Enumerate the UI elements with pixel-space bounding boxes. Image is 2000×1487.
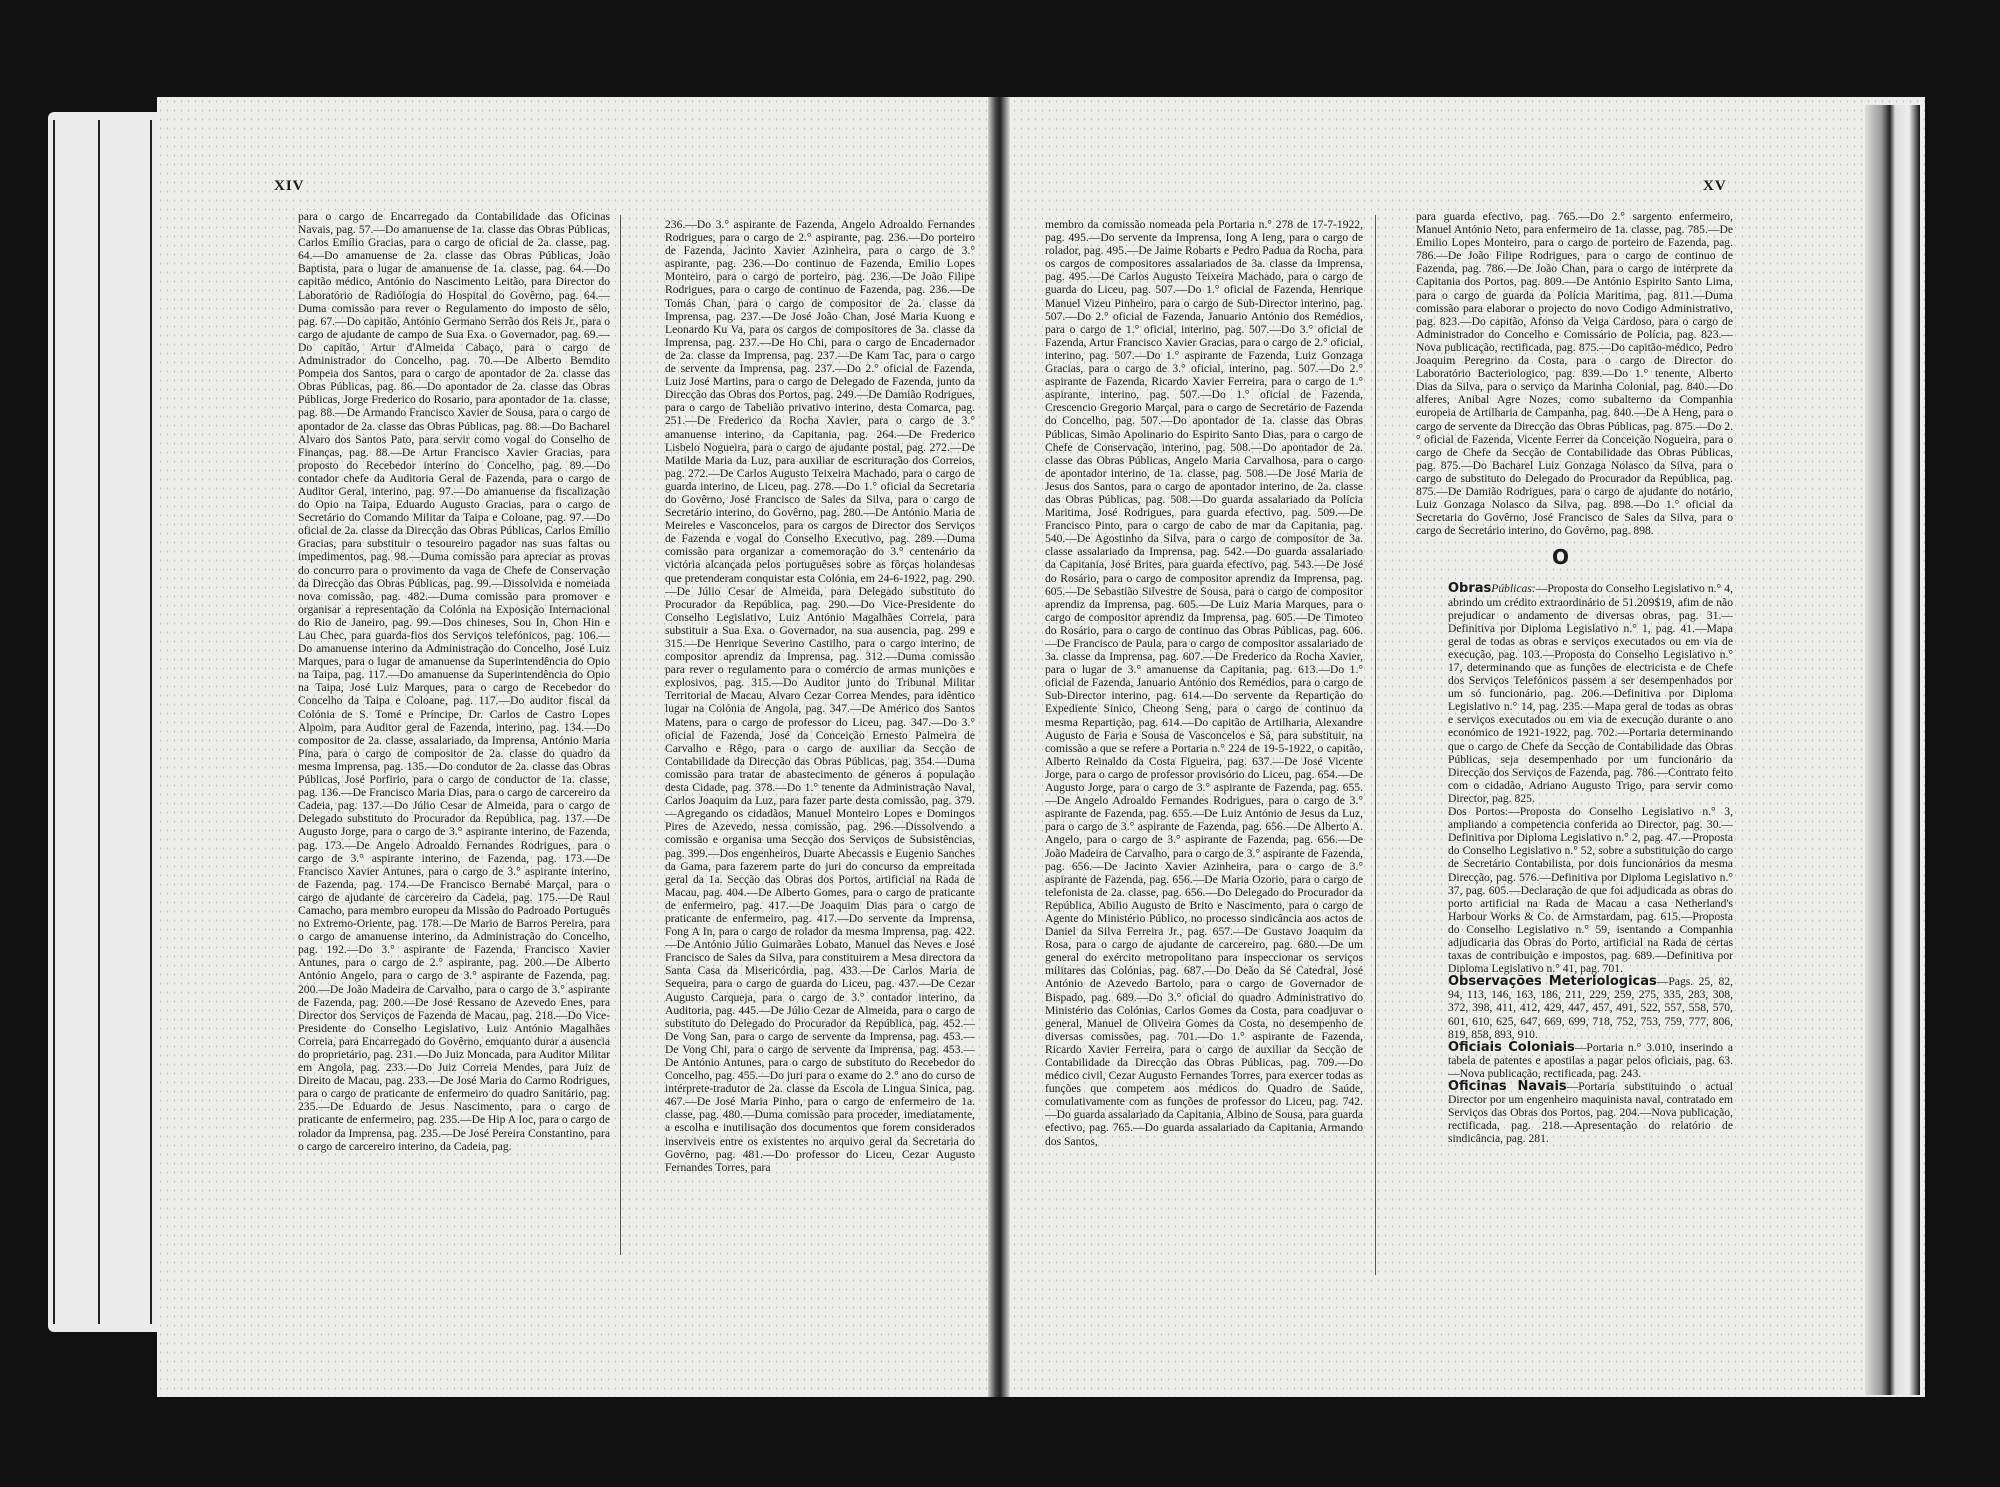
entry-heading: Obras: [1448, 581, 1491, 596]
book-gutter: [988, 97, 1010, 1397]
index-entry-observacoes-meteriologicas: Observações Meteriologicas—Pags. 25, 82,…: [1388, 975, 1733, 1040]
left-page-column-2: 236.—Do 3.° aspirante de Fazenda, Angelo…: [665, 218, 975, 1268]
right-page-column-1: membro da comissão nomeada pela Portaria…: [1045, 218, 1363, 1278]
entry-heading: Oficiais Coloniais: [1448, 1040, 1575, 1055]
column-text: 236.—Do 3.° aspirante de Fazenda, Angelo…: [665, 218, 975, 1174]
entry-text: —Proposta do Conselho Legislativo n.° 3,…: [1448, 805, 1733, 975]
left-page-column-1: para o cargo de Encarregado da Contabili…: [298, 210, 610, 1260]
right-page-edge: [1865, 105, 1920, 1395]
column-divider: [1375, 215, 1376, 1275]
section-letter: O: [1388, 551, 1733, 564]
entry-subheading: Dos Portos:: [1448, 805, 1508, 818]
index-entry-oficiais-coloniais: Oficiais Coloniais—Portaria n.° 3.010, i…: [1388, 1041, 1733, 1080]
index-entry-obras: ObrasPúblicas:—Proposta do Conselho Legi…: [1388, 582, 1733, 805]
column-text: membro da comissão nomeada pela Portaria…: [1045, 218, 1363, 1148]
column-text: para o cargo de Encarregado da Contabili…: [298, 210, 610, 1153]
right-page-column-2: para guarda efectivo, pag. 765.—Do 2.° s…: [1388, 210, 1733, 1330]
entry-heading: Observações Meteriologicas: [1448, 974, 1657, 989]
index-entry-oficinas-navais: Oficinas Navais—Portaria substituindo o …: [1388, 1080, 1733, 1145]
entry-text: —Proposta do Conselho Legislativo n.° 4,…: [1448, 582, 1733, 805]
column-divider: [620, 215, 621, 1255]
entry-subheading: Públicas:: [1491, 582, 1535, 595]
left-page-number: XIV: [274, 178, 305, 195]
entry-heading: Oficinas Navais: [1448, 1079, 1567, 1094]
right-page-number: XV: [1703, 178, 1727, 195]
column-text: para guarda efectivo, pag. 765.—Do 2.° s…: [1388, 210, 1733, 537]
index-subentry-dos-portos: Dos Portos:—Proposta do Conselho Legisla…: [1388, 805, 1733, 975]
